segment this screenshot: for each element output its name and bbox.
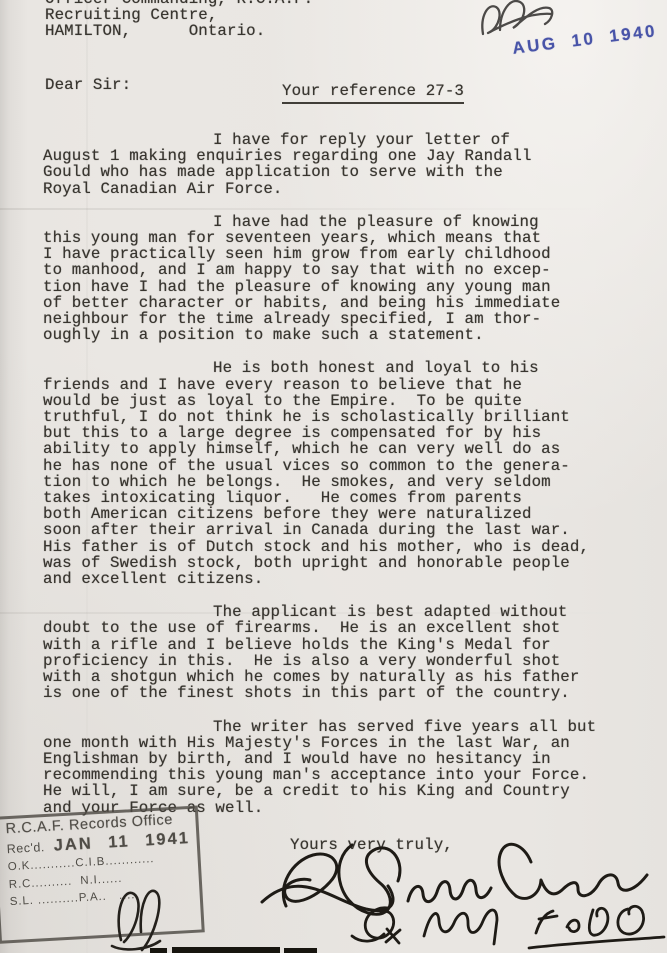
typed-line: recommending this young man's acceptance…	[43, 767, 628, 783]
typed-line: and excellent citizens.	[43, 571, 628, 587]
typed-line: tion to which he belongs. He smokes, and…	[43, 474, 628, 490]
typed-line: friends and I have every reason to belie…	[43, 377, 628, 393]
scanned-letter-page: Officer Commanding, R.C.A.F. Recruiting …	[0, 0, 667, 953]
typed-line: is one of the finest shots in this part …	[43, 685, 628, 701]
typed-line: August 1 making enquiries regarding one …	[43, 148, 628, 164]
typed-line: tion have I had the pleasure of knowing …	[43, 279, 628, 295]
signature-title-script	[352, 906, 664, 948]
typed-line: with a shotgun which he comes by natural…	[43, 669, 628, 685]
salutation: Dear Sir:	[45, 77, 131, 93]
signature-script	[262, 844, 647, 914]
typed-line: I have practically seen him grow from ea…	[43, 246, 628, 262]
typed-line: takes intoxicating liquor. He comes from…	[43, 490, 628, 506]
header-line-2: Recruiting Centre,	[45, 7, 313, 23]
typed-line: neighbour for the time already specified…	[43, 311, 628, 327]
typed-line: I have for reply your letter of	[43, 132, 628, 148]
typed-line: His father is of Dutch stock and his mot…	[43, 539, 628, 555]
typed-line: this young man for seventeen years, whic…	[43, 230, 628, 246]
closing-line: Yours very truly,	[290, 837, 453, 853]
typed-line: Royal Canadian Air Force.	[43, 181, 628, 197]
typed-line: He will, I am sure, be a credit to his K…	[43, 783, 628, 799]
header-line-3: HAMILTON, Ontario.	[45, 23, 313, 39]
rcaf-records-office-stamp: R.C.A.F. Records Office Rec'd. JAN 11 19…	[0, 806, 205, 944]
records-stamp-rows: O.K...........C.I.B............R.C......…	[7, 849, 194, 912]
typed-line: Gould who has made application to serve …	[43, 164, 628, 180]
typed-line: I have had the pleasure of knowing	[43, 214, 628, 230]
received-date-stamp: AUG 10 1940	[511, 21, 658, 59]
typed-line: doubt to the use of firearms. He is an e…	[43, 620, 628, 636]
paragraph: I have for reply your letter ofAugust 1 …	[43, 132, 628, 197]
typed-line: to manhood, and I am happy to say that w…	[43, 262, 628, 278]
top-right-scribble-mark	[482, 1, 552, 34]
typed-line: one month with His Majesty's Forces in t…	[43, 735, 628, 751]
typed-line: proficiency in this. He is also a very w…	[43, 653, 628, 669]
typed-line: he has none of the usual vices so common…	[43, 458, 628, 474]
typed-line: The writer has served five years all but	[43, 719, 628, 735]
letter-body: I have for reply your letter ofAugust 1 …	[43, 132, 628, 833]
typed-line: was of Swedish stock, both upright and h…	[43, 555, 628, 571]
typed-line: ability to apply himself, which he can v…	[43, 441, 628, 457]
typed-line: would be just as loyal to the Empire. To…	[43, 393, 628, 409]
typed-line: of better character or habits, and being…	[43, 295, 628, 311]
paragraph: The applicant is best adapted withoutdou…	[43, 604, 628, 701]
scan-artifact-bar	[284, 948, 317, 953]
typed-line: Englishman by birth, and I would have no…	[43, 751, 628, 767]
typed-line: oughly in a position to make such a stat…	[43, 327, 628, 343]
typed-line: He is both honest and loyal to his	[43, 360, 628, 376]
reference-line: Your reference 27-3	[282, 83, 464, 104]
typed-line: soon after their arrival in Canada durin…	[43, 522, 628, 538]
paragraph: He is both honest and loyal to hisfriend…	[43, 360, 628, 587]
received-label: Rec'd.	[6, 840, 45, 856]
typed-line: truthful, I do not think he is scholasti…	[43, 409, 628, 425]
paragraph: I have had the pleasure of knowingthis y…	[43, 214, 628, 344]
scan-artifact-bar	[150, 948, 167, 953]
letter-header-address: Officer Commanding, R.C.A.F. Recruiting …	[45, 0, 313, 40]
paragraph: The writer has served five years all but…	[43, 719, 628, 816]
scan-artifact-bar	[172, 947, 280, 953]
typed-line: with a rifle and I believe holds the Kin…	[43, 637, 628, 653]
